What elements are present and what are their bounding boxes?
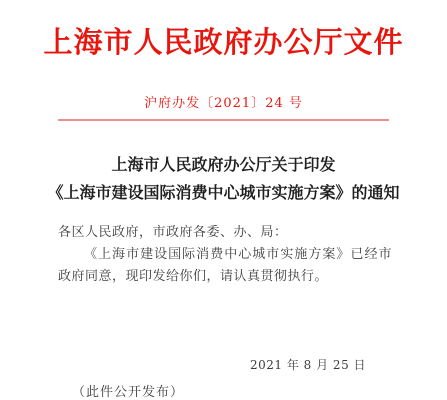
document-page: 上海市人民政府办公厅文件 沪府办发〔2021〕24 号 上海市人民政府办公厅关于… — [0, 0, 447, 400]
letterhead-title: 上海市人民政府办公厅文件 — [0, 24, 447, 60]
document-title-line2: 《上海市建设国际消费中心城市实施方案》的通知 — [0, 179, 447, 207]
public-release-note: （此件公开发布） — [72, 381, 184, 400]
document-number: 沪府办发〔2021〕24 号 — [0, 92, 447, 111]
body-paragraph: 《上海市建设国际消费中心城市实施方案》已经市政府同意，现印发给你们，请认真贯彻执… — [58, 244, 392, 288]
issue-date: 2021 年 8 月 25 日 — [250, 356, 366, 373]
salutation-line: 各区人民政府，市政府各委、办、局： — [58, 221, 288, 240]
red-divider-line — [58, 119, 389, 121]
document-title-line1: 上海市人民政府办公厅关于印发 — [0, 151, 447, 179]
document-title: 上海市人民政府办公厅关于印发 《上海市建设国际消费中心城市实施方案》的通知 — [0, 151, 447, 207]
